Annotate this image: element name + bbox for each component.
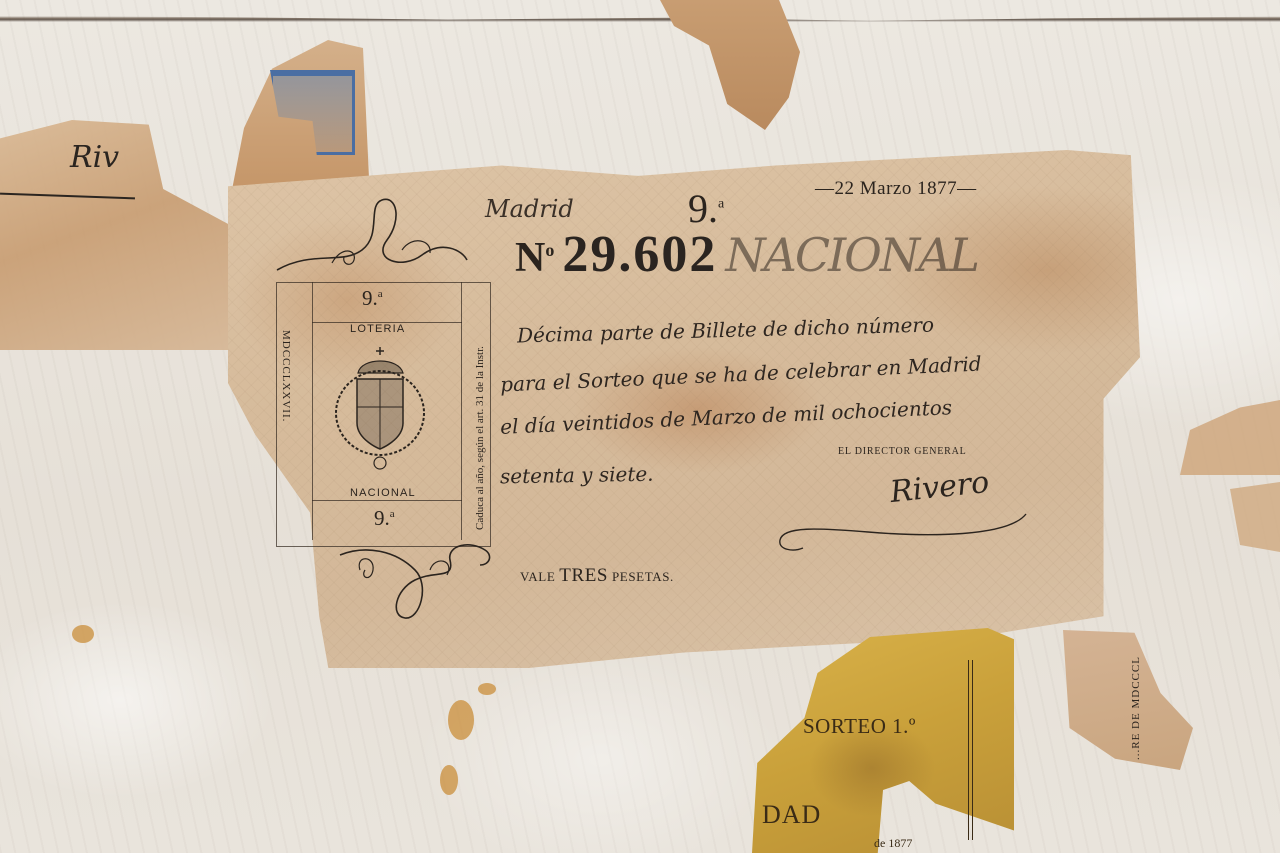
director-general-label: EL DIRECTOR GENERAL xyxy=(838,446,967,457)
ticket-number-row: No 29.602 NACIONAL xyxy=(515,225,978,284)
panel-serie-bottom-suffix: a xyxy=(390,508,395,520)
number-sign-suffix: o xyxy=(545,240,554,260)
value-unit: PESETAS. xyxy=(612,569,674,584)
panel-divider-bottom xyxy=(312,500,462,501)
yellow-scrap-partial-word: DAD xyxy=(762,800,821,830)
signature-flourish xyxy=(778,512,1028,552)
stain-spot xyxy=(440,765,458,795)
place-script-madrid: Madrid xyxy=(485,195,574,223)
stain-spot xyxy=(478,683,496,695)
panel-serie-top-number: 9. xyxy=(362,286,378,310)
number-sign-letter: N xyxy=(515,235,545,281)
stain-spot xyxy=(72,625,94,643)
panel-serie-bottom: 9.a xyxy=(374,506,395,531)
serie-number-suffix: a xyxy=(718,197,724,212)
stain-spot xyxy=(448,700,474,740)
left-scrap-signature-fragment: Riv xyxy=(70,140,119,175)
panel-serie-top-suffix: a xyxy=(378,288,383,300)
body-line-4: setenta y siete. xyxy=(500,462,654,489)
panel-label-loteria: LOTERIA xyxy=(350,323,405,335)
number-sign: No xyxy=(515,234,554,282)
draw-date: —22 Marzo 1877— xyxy=(815,178,977,200)
vertical-expiry-note: Caduca al año, según el art. 31 de la In… xyxy=(474,346,486,530)
panel-label-nacional: NACIONAL xyxy=(350,487,416,499)
top-flourish-ornament xyxy=(272,195,472,280)
nacional-script-background: NACIONAL xyxy=(725,228,978,282)
bottom-flourish-ornament xyxy=(335,540,495,625)
right-scrap-vertical-text: ...RE DE MDCCCL xyxy=(1130,656,1142,760)
panel-serie-top: 9.a xyxy=(362,286,383,311)
ticket-number: 29.602 xyxy=(562,225,717,284)
value-prefix: VALE xyxy=(520,569,555,584)
ticket-value: VALE TRES PESETAS. xyxy=(520,565,674,587)
yellow-scrap-sorteo: SORTEO 1.º xyxy=(803,714,916,739)
coat-of-arms-icon xyxy=(333,345,428,475)
yellow-scrap-border-rule xyxy=(968,660,973,840)
panel-serie-bottom-number: 9. xyxy=(374,506,390,530)
vertical-year-roman: MDCCCLXXVII. xyxy=(280,330,292,422)
value-amount: TRES xyxy=(559,565,608,586)
yellow-scrap-year: de 1877 xyxy=(874,836,912,851)
